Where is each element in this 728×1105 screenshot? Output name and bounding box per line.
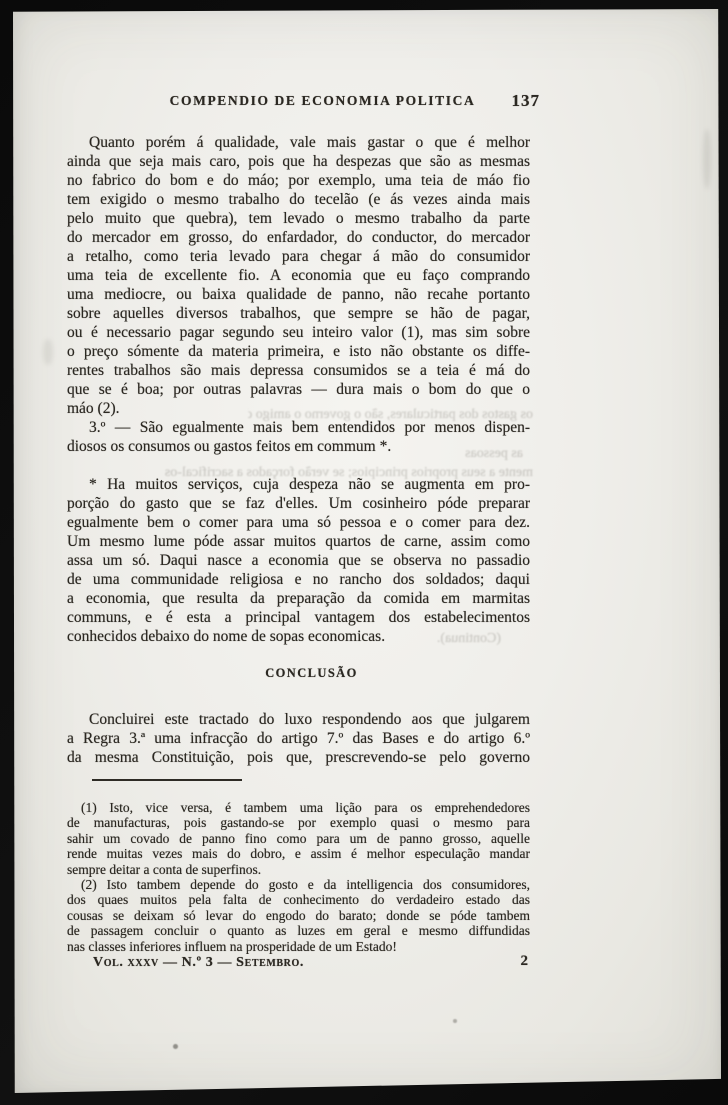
- body-paragraph-quality: Quanto porém á qualidade, vale mais gast…: [67, 133, 530, 418]
- volume-issue-label: Vol. xxxv — N.º 3 — Setembro.: [93, 955, 304, 971]
- scan-smudge: [43, 339, 53, 365]
- text-line: tem exigido o mesmo trabalho do tecelão …: [67, 190, 530, 209]
- text-line: do mercador em grosso, do enfardador, do…: [67, 228, 530, 247]
- text-line: no fabrico do bom e do máo; por exemplo,…: [67, 171, 530, 190]
- text-line: rentes trabalhos são mais depressa consu…: [67, 361, 530, 380]
- conclusion-paragraph: Concluirei este tractado do luxo respond…: [67, 710, 530, 767]
- scan-smudge: [703, 129, 711, 189]
- text-line: de passagem concluir o quanto as luzes e…: [67, 923, 530, 938]
- page-footer: Vol. xxxv — N.º 3 — Setembro. 2: [67, 955, 530, 973]
- signature-mark: 2: [521, 953, 529, 970]
- text-column: COMPENDIO DE ECONOMIA POLITICA 137 Quant…: [67, 9, 530, 1093]
- text-line: assa um só. Daqui nasce a economia que s…: [67, 551, 530, 570]
- footnotes-block: (1) Isto, vice versa, é tambem uma lição…: [67, 800, 530, 954]
- text-line: (1) Isto, vice versa, é tambem uma lição…: [67, 800, 530, 815]
- text-line: sobre aquelles diversos trabalhos, que s…: [67, 304, 530, 323]
- text-line: egualmente bem o comer para uma só pesso…: [67, 513, 530, 532]
- text-line: o preço sómente da materia primeira, e i…: [67, 342, 530, 361]
- text-line: * Ha muitos serviços, cuja despeza não s…: [67, 475, 530, 494]
- text-line: de uma communidade religiosa e no rancho…: [67, 570, 530, 589]
- text-line: que se é boa; por outras palavras — dura…: [67, 380, 530, 399]
- text-line: cousas se deixam só levar do engodo do b…: [67, 908, 530, 923]
- text-line: sahir um covado de panno fino como para …: [67, 831, 530, 846]
- text-line: máo (2).: [67, 399, 530, 418]
- text-line: uma mediocre, ou baixa qualidade de pann…: [67, 285, 530, 304]
- text-line: ainda que seja mais caro, pois que ha de…: [67, 152, 530, 171]
- text-line: nas classes inferiores influem na prospe…: [67, 939, 530, 954]
- scan-background: os gastos dos particulares, são o govern…: [0, 0, 728, 1105]
- text-line: conhecidos debaixo do nome de sopas econ…: [67, 627, 530, 646]
- text-line: a economia, que resulta da preparação da…: [67, 589, 530, 608]
- body-paragraph-rule3: 3.º — São egualmente mais bem entendidos…: [67, 418, 530, 456]
- text-line: dos quaes muitos pela falta de conhecime…: [67, 892, 530, 907]
- text-line: 3.º — São egualmente mais bem entendidos…: [67, 418, 530, 437]
- text-line: de manufacturas, pois gastando-se por ex…: [67, 815, 530, 830]
- text-line: uma teia de excellente fio. A economia q…: [67, 266, 530, 285]
- text-line: pelo muito que quebra), tem levado o mes…: [67, 209, 530, 228]
- text-line: communs, e é esta a principal vantagem d…: [67, 608, 530, 627]
- text-line: a retalho, como teria levado para chegar…: [67, 247, 530, 266]
- footnote-1: (1) Isto, vice versa, é tambem uma lição…: [67, 800, 530, 877]
- text-line: sempre deitar a conta de superfinos.: [67, 862, 530, 877]
- book-page: os gastos dos particulares, são o govern…: [13, 9, 721, 1093]
- page-number: 137: [512, 91, 541, 111]
- text-line: Quanto porém á qualidade, vale mais gast…: [67, 133, 530, 152]
- text-line: a Regra 3.ª uma infracção do artigo 7.º …: [67, 729, 530, 748]
- text-line: porção do gasto que se faz d'elles. Um c…: [67, 494, 530, 513]
- running-header: COMPENDIO DE ECONOMIA POLITICA 137: [67, 93, 530, 113]
- text-line: da mesma Constituição, pois que, prescre…: [67, 748, 530, 767]
- running-header-title: COMPENDIO DE ECONOMIA POLITICA: [67, 93, 530, 109]
- text-line: ou é necessario pagar segundo seu inteir…: [67, 323, 530, 342]
- footnote-separator-rule: [92, 779, 242, 781]
- footnote-2: (2) Isto tambem depende do gosto e da in…: [67, 877, 530, 954]
- body-paragraph-asterisk-note: * Ha muitos serviços, cuja despeza não s…: [67, 475, 530, 646]
- text-line: Concluirei este tractado do luxo respond…: [67, 710, 530, 729]
- conclusion-heading: CONCLUSÃO: [67, 666, 530, 681]
- text-line: Um mesmo lume póde assar muitos quartos …: [67, 532, 530, 551]
- text-line: (2) Isto tambem depende do gosto e da in…: [67, 877, 530, 892]
- text-line: rende muitas vezes mais do dobro, e assi…: [67, 846, 530, 861]
- text-line: diosos os consumos ou gastos feitos em c…: [67, 437, 530, 456]
